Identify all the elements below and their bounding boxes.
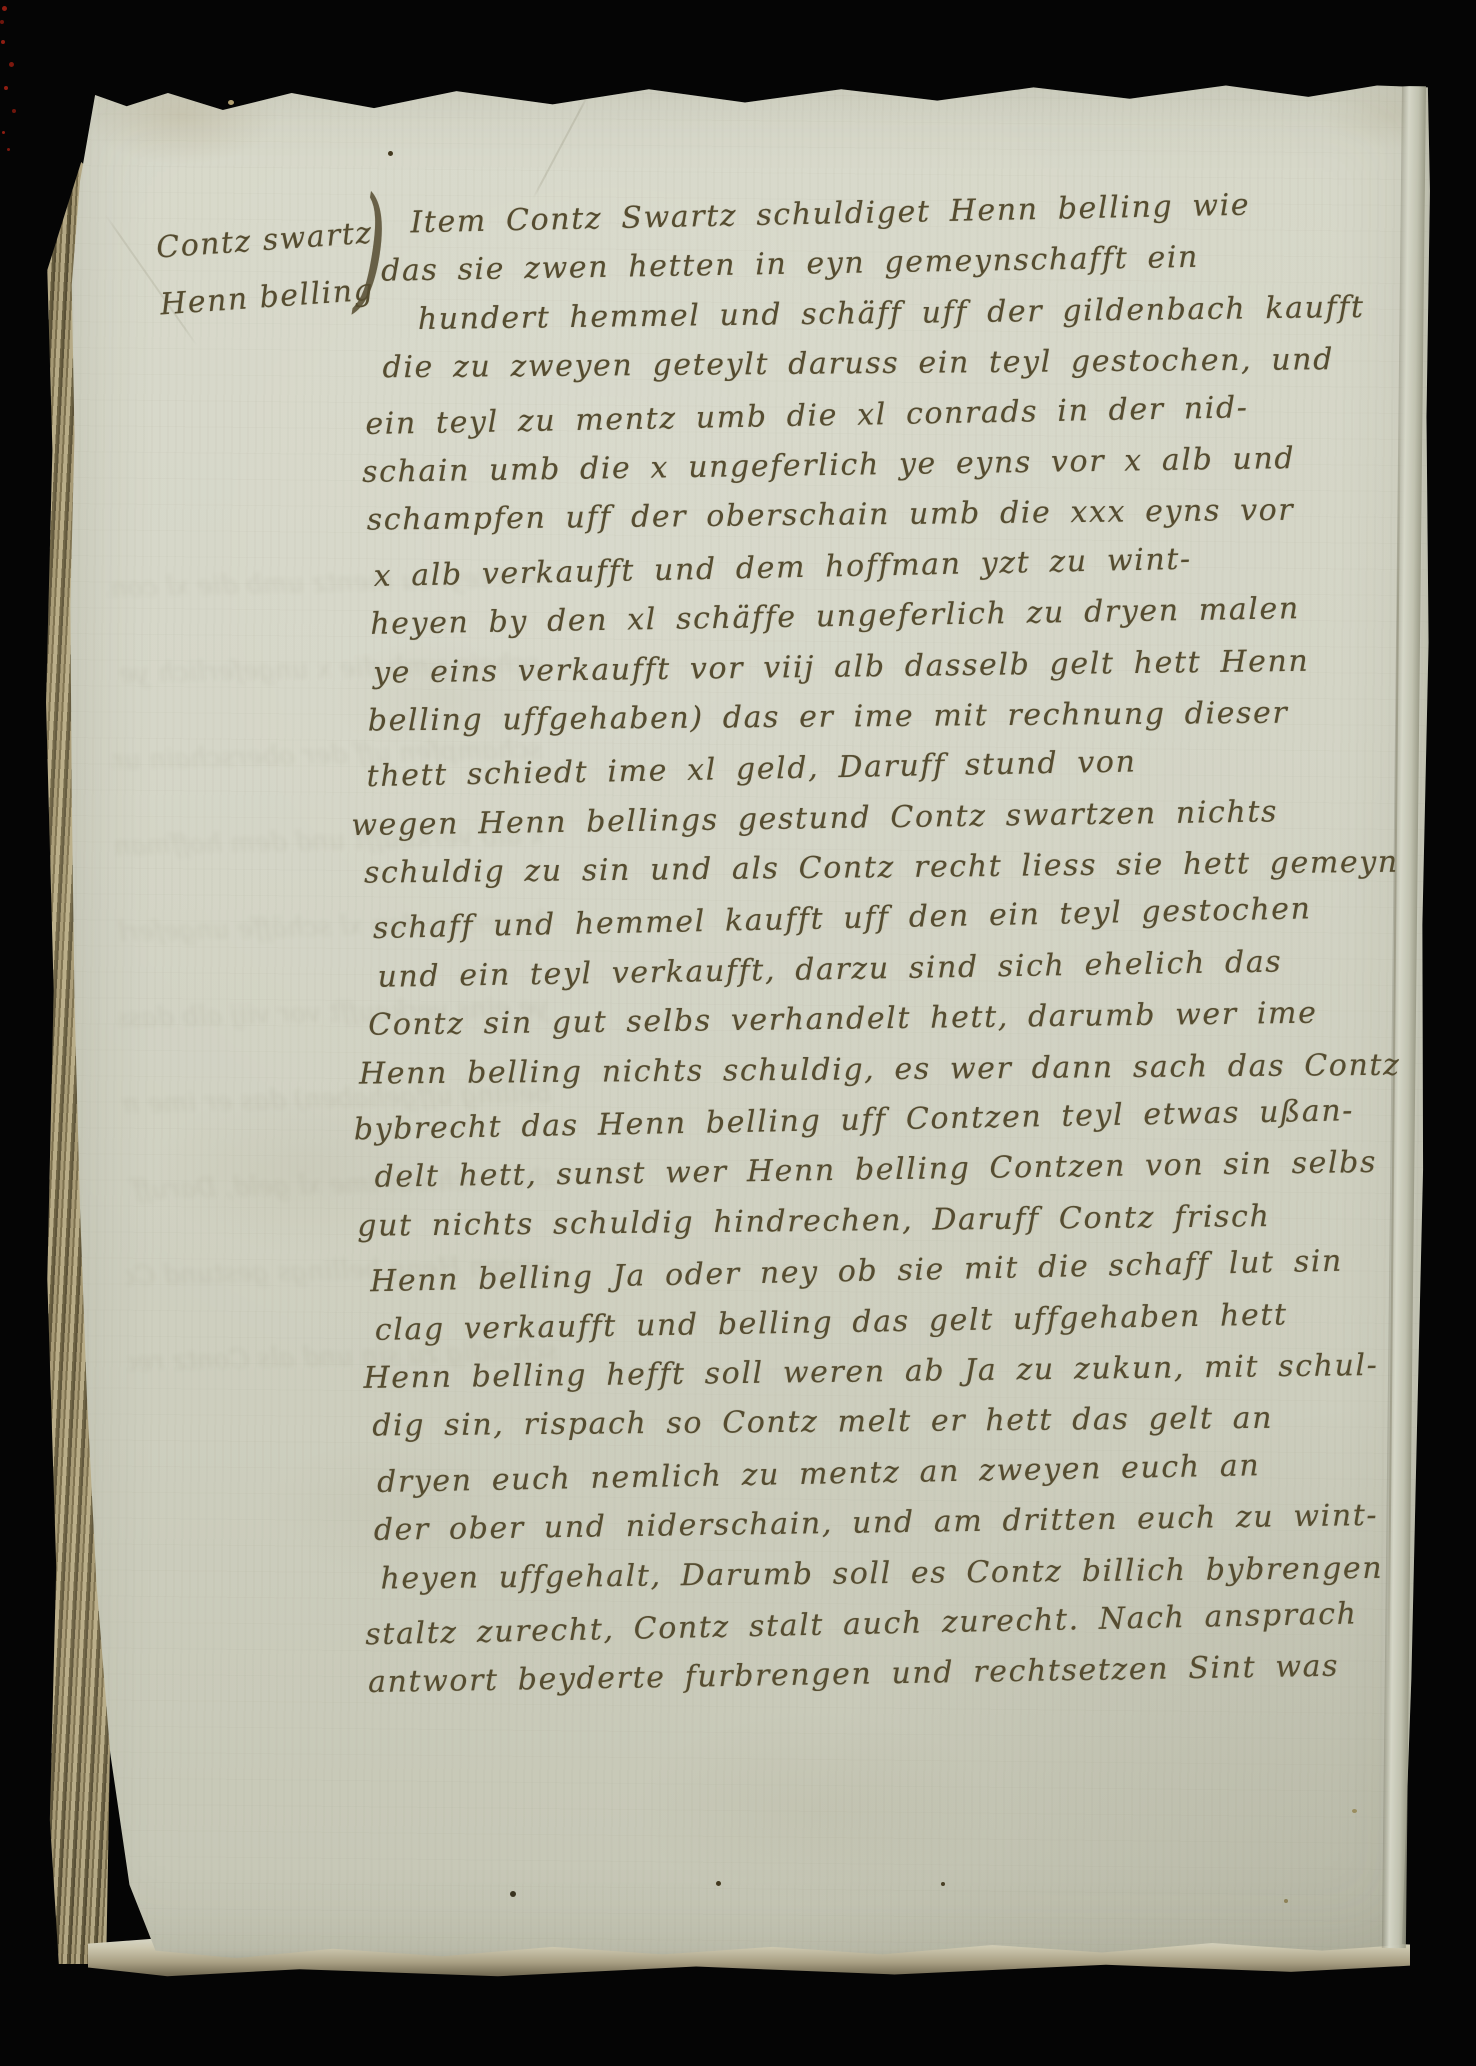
margin-note: Contz swartz Henn belling bbox=[154, 205, 378, 334]
ink-speck bbox=[510, 1891, 516, 1897]
ink-speck bbox=[941, 1882, 945, 1886]
scan-artifact-speck bbox=[4, 86, 8, 90]
ink-speck bbox=[716, 1881, 721, 1886]
ink-speck bbox=[1284, 1899, 1288, 1903]
scan-artifact-speck bbox=[2, 131, 5, 134]
manuscript-text-block: Item Contz Swartz schuldiget Henn bellin… bbox=[352, 180, 1444, 1707]
scan-artifact-speck bbox=[1, 40, 5, 44]
scan-artifact-speck bbox=[7, 148, 10, 151]
scan-artifact-speck bbox=[0, 20, 4, 24]
scan-artifact-speck bbox=[12, 109, 16, 113]
scan-artifact-speck bbox=[2, 6, 7, 11]
manuscript-scan: ein teyl zu mentz umb die xl conrads in … bbox=[0, 0, 1476, 2066]
ink-speck bbox=[1352, 1809, 1357, 1813]
ink-speck bbox=[388, 151, 393, 156]
ink-speck bbox=[228, 100, 234, 105]
scan-artifact-speck bbox=[9, 62, 14, 67]
